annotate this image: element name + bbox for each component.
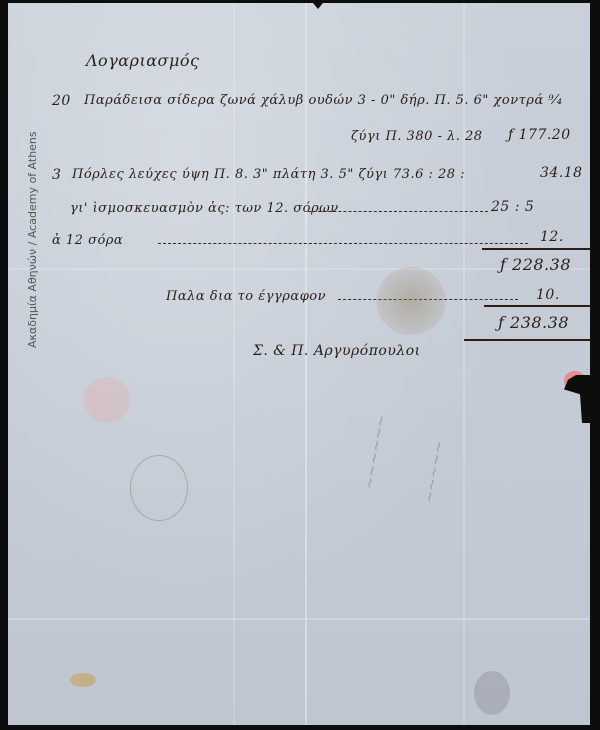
- embossed-head-stamp: [474, 671, 510, 715]
- leader-dots: [308, 211, 488, 212]
- ink-stamp: [376, 267, 446, 335]
- fold-line-horizontal: [8, 618, 590, 620]
- fold-line-vertical: [463, 3, 465, 725]
- document-heading: Λογαριασμός: [86, 51, 199, 70]
- extra-line-amount: 10.: [536, 287, 560, 303]
- foxing-stain: [70, 673, 96, 687]
- reverse-ink-bleed: ~~~~~~: [360, 413, 391, 490]
- line-5-amount: 12.: [540, 229, 564, 245]
- total-rule: [484, 305, 590, 307]
- extra-line-description: Παλα δια το έγγραφον: [166, 289, 326, 304]
- total-amount: ƒ 238.38: [498, 313, 569, 332]
- line-2-amount: ƒ 177.20: [508, 127, 571, 143]
- postmark-bleed: [130, 455, 188, 521]
- line-4-amount: 25 : 5: [491, 199, 534, 215]
- top-notch: [313, 3, 323, 9]
- torn-edge: [552, 375, 590, 423]
- line-3-qty: 3: [52, 167, 61, 183]
- line-4-description: γι' ὶσμοσκευασμὸν ἀς: των 12. σόρων: [70, 201, 339, 216]
- line-1-qty: 20: [52, 93, 71, 109]
- document-page: Ακαδημία Αθηνών / Academy of Athens Λογα…: [8, 3, 590, 725]
- total-double-rule: [464, 339, 590, 341]
- red-stain: [84, 377, 130, 423]
- signature: Σ. & Π. Αργυρόπουλοι: [253, 343, 421, 359]
- fold-line-vertical: [233, 3, 235, 725]
- line-5-description: ἀ 12 σόρα: [52, 233, 123, 248]
- line-3-amount: 34.18: [540, 165, 583, 181]
- leader-dots: [158, 243, 528, 244]
- subtotal-rule: [482, 248, 590, 250]
- line-2-description: ζύγι Π. 380 - λ. 28: [351, 129, 483, 144]
- subtotal-amount: ƒ 228.38: [500, 255, 571, 274]
- fold-line-vertical: [305, 3, 307, 725]
- line-3-description: Πόρλες λεύχες ύψη Π. 8. 3" πλάτη 3. 5" ζ…: [72, 167, 465, 182]
- line-1-description: Παράδεισα σίδερα ζωνά χάλυβ ουδών 3 - 0"…: [84, 93, 562, 108]
- archive-watermark: Ακαδημία Αθηνών / Academy of Athens: [26, 131, 39, 348]
- reverse-ink-bleed: ~~~~~: [420, 439, 449, 504]
